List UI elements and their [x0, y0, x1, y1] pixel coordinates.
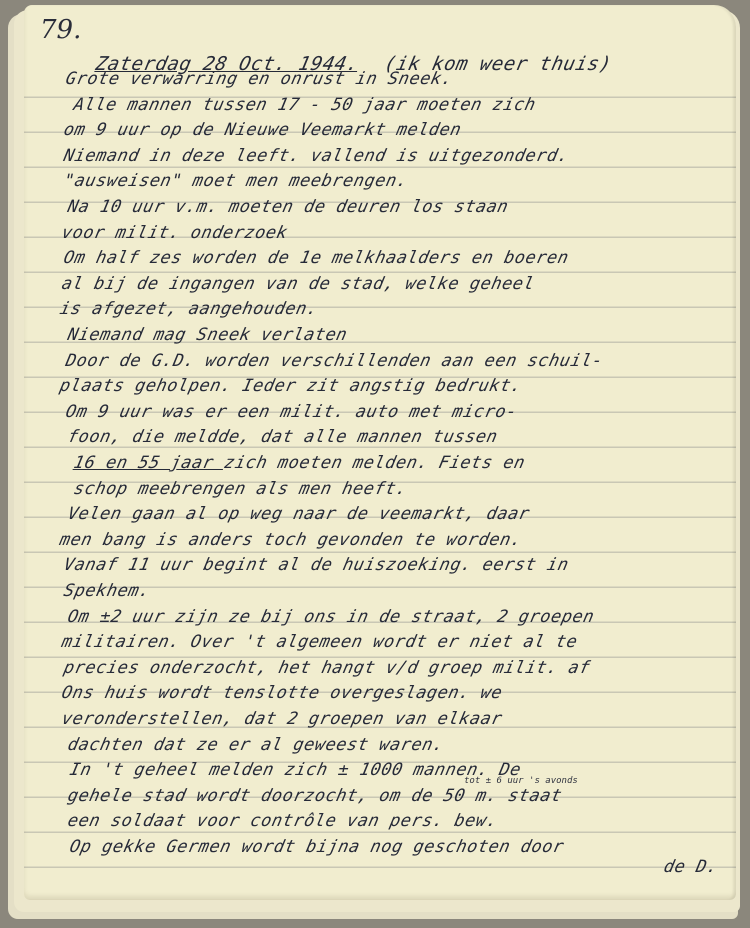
text-line-closing: de D. [662, 857, 720, 877]
page-number: 79. [40, 15, 81, 45]
text-line: is afgezet, aangehouden. [58, 299, 320, 319]
text-line: Op gekke Germen wordt bijna nog geschote… [68, 837, 566, 857]
text-line: Velen gaan al op weg naar de veemarkt, d… [66, 504, 532, 524]
text-line: In 't geheel melden zich ± 1000 mannen. … [68, 760, 523, 780]
text-line: militairen. Over 't algemeen wordt er ni… [60, 632, 580, 652]
text-line: Om 9 uur was er een milit. auto met micr… [64, 402, 519, 422]
text-line: foon, die meldde, dat alle mannen tussen [66, 427, 500, 447]
text-line: Alle mannen tussen 17 - 50 jaar moeten z… [72, 95, 538, 115]
text-line: al bij de ingangen van de stad, welke ge… [60, 274, 537, 294]
text-line: gehele stad wordt doorzocht, om de 50 m.… [66, 786, 564, 806]
text-line: precies onderzocht, het hangt v/d groep … [62, 658, 592, 678]
underlined-age-range: 16 en 55 jaar [72, 453, 227, 473]
text-line: voor milit. onderzoek [60, 223, 290, 243]
text-line: Na 10 uur v.m. moeten de deuren los staa… [66, 197, 510, 217]
text-line: Vanaf 11 uur begint al de huiszoeking. e… [62, 555, 571, 575]
text-line: een soldaat voor contrôle van pers. bew. [66, 811, 500, 831]
text-line: veronderstellen, dat 2 groepen van elkaa… [60, 709, 504, 729]
text-line: Niemand in deze leeft. vallend is uitgez… [62, 146, 571, 166]
text-line: men bang is anders toch gevonden te word… [58, 530, 524, 550]
text-line: Niemand mag Sneek verlaten [66, 325, 349, 345]
diary-page: 79. Zaterdag 28 Oct. 1944. (ik kom weer … [24, 5, 736, 900]
text-line: Ons huis wordt tenslotte overgeslagen. w… [60, 683, 504, 703]
text-line: plaats geholpen. Ieder zit angstig bedru… [58, 376, 524, 396]
text-line: Om half zes worden de 1e melkhaalders en… [62, 248, 571, 268]
text-line: schop meebrengen als men heeft. [72, 479, 409, 499]
text-line: Grote verwarring en onrust in Sneek. [64, 69, 455, 89]
text-line: om 9 uur op de Nieuwe Veemarkt melden [62, 120, 463, 140]
text-line: Om ±2 uur zijn ze bij ons in de straat, … [66, 607, 596, 627]
text-line: Door de G.D. worden verschillenden aan e… [64, 351, 605, 371]
text-line: dachten dat ze er al geweest waren. [66, 735, 446, 755]
text-line: 16 en 55 jaar zich moeten melden. Fiets … [72, 453, 527, 473]
text-line: Spekhem. [62, 581, 152, 601]
text-line: "ausweisen" moet men meebrengen. [62, 171, 410, 191]
